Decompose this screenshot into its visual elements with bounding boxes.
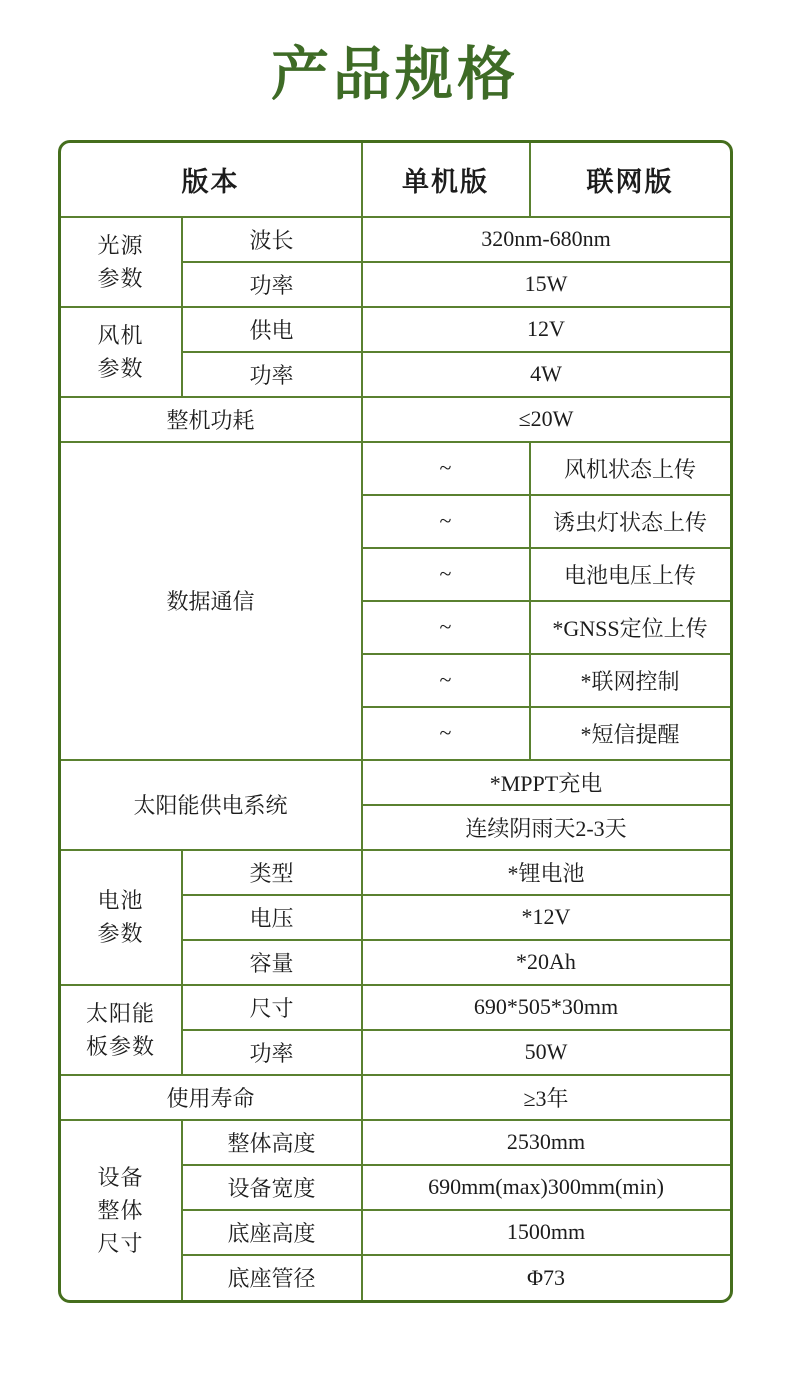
comm-standalone-cell: ~ bbox=[362, 548, 530, 601]
row-solar-mppt: 太阳能供电系统 *MPPT充电 bbox=[61, 760, 730, 805]
comm-networked-cell: 风机状态上传 bbox=[530, 442, 730, 495]
panel-power-label-cell: 功率 bbox=[182, 1030, 362, 1075]
row-panel-size: 太阳能板参数 尺寸 690*505*30mm bbox=[61, 985, 730, 1030]
fan-supply-value-cell: 12V bbox=[362, 307, 730, 352]
comm-standalone-cell: ~ bbox=[362, 601, 530, 654]
overall-height-value-cell: 2530mm bbox=[362, 1120, 730, 1165]
fan-category-cell: 风机参数 bbox=[61, 307, 182, 397]
fan-category-label: 风机参数 bbox=[95, 319, 146, 385]
battery-category-label: 电池参数 bbox=[95, 884, 146, 950]
page-title: 产品规格 bbox=[0, 0, 790, 109]
row-total-power: 整机功耗 ≤20W bbox=[61, 397, 730, 442]
solar-mppt-value-cell: *MPPT充电 bbox=[362, 760, 730, 805]
dimensions-category-cell: 设备整体尺寸 bbox=[61, 1120, 182, 1300]
battery-capacity-value-cell: *20Ah bbox=[362, 940, 730, 985]
row-lifespan: 使用寿命 ≥3年 bbox=[61, 1075, 730, 1120]
battery-capacity-label-cell: 容量 bbox=[182, 940, 362, 985]
comm-networked-cell: 诱虫灯状态上传 bbox=[530, 495, 730, 548]
battery-voltage-value-cell: *12V bbox=[362, 895, 730, 940]
solar-panel-category-cell: 太阳能板参数 bbox=[61, 985, 182, 1075]
battery-voltage-label-cell: 电压 bbox=[182, 895, 362, 940]
comm-networked-cell: *短信提醒 bbox=[530, 707, 730, 760]
row-comm-fan-status: 数据通信 ~ 风机状态上传 bbox=[61, 442, 730, 495]
lifespan-label-cell: 使用寿命 bbox=[61, 1075, 362, 1120]
wavelength-label-cell: 波长 bbox=[182, 217, 362, 262]
comm-standalone-cell: ~ bbox=[362, 654, 530, 707]
wavelength-value-cell: 320nm-680nm bbox=[362, 217, 730, 262]
spec-table: 版本 单机版 联网版 光源参数 波长 320nm-680nm 功率 15W 风机… bbox=[61, 143, 730, 1300]
light-power-label-cell: 功率 bbox=[182, 262, 362, 307]
row-fan-supply: 风机参数 供电 12V bbox=[61, 307, 730, 352]
row-battery-type: 电池参数 类型 *锂电池 bbox=[61, 850, 730, 895]
panel-size-label-cell: 尺寸 bbox=[182, 985, 362, 1030]
battery-type-value-cell: *锂电池 bbox=[362, 850, 730, 895]
solar-panel-category-label: 太阳能板参数 bbox=[83, 997, 158, 1063]
base-height-label-cell: 底座高度 bbox=[182, 1210, 362, 1255]
fan-power-label-cell: 功率 bbox=[182, 352, 362, 397]
comm-networked-cell: 电池电压上传 bbox=[530, 548, 730, 601]
row-overall-height: 设备整体尺寸 整体高度 2530mm bbox=[61, 1120, 730, 1165]
panel-power-value-cell: 50W bbox=[362, 1030, 730, 1075]
row-wavelength: 光源参数 波长 320nm-680nm bbox=[61, 217, 730, 262]
comm-standalone-cell: ~ bbox=[362, 495, 530, 548]
header-networked-cell: 联网版 bbox=[530, 143, 730, 217]
base-diameter-label-cell: 底座管径 bbox=[182, 1255, 362, 1300]
base-diameter-value-cell: Φ73 bbox=[362, 1255, 730, 1300]
battery-category-cell: 电池参数 bbox=[61, 850, 182, 985]
panel-size-value-cell: 690*505*30mm bbox=[362, 985, 730, 1030]
light-source-category-label: 光源参数 bbox=[95, 229, 146, 295]
dimensions-category-label: 设备整体尺寸 bbox=[95, 1161, 146, 1260]
base-height-value-cell: 1500mm bbox=[362, 1210, 730, 1255]
lifespan-value-cell: ≥3年 bbox=[362, 1075, 730, 1120]
spec-table-frame: 版本 单机版 联网版 光源参数 波长 320nm-680nm 功率 15W 风机… bbox=[58, 140, 733, 1303]
light-source-category-cell: 光源参数 bbox=[61, 217, 182, 307]
data-comm-category-cell: 数据通信 bbox=[61, 442, 362, 760]
battery-type-label-cell: 类型 bbox=[182, 850, 362, 895]
light-power-value-cell: 15W bbox=[362, 262, 730, 307]
comm-networked-cell: *联网控制 bbox=[530, 654, 730, 707]
solar-system-category-cell: 太阳能供电系统 bbox=[61, 760, 362, 850]
solar-rainy-value-cell: 连续阴雨天2-3天 bbox=[362, 805, 730, 850]
device-width-label-cell: 设备宽度 bbox=[182, 1165, 362, 1210]
total-power-label-cell: 整机功耗 bbox=[61, 397, 362, 442]
header-row: 版本 单机版 联网版 bbox=[61, 143, 730, 217]
fan-power-value-cell: 4W bbox=[362, 352, 730, 397]
comm-standalone-cell: ~ bbox=[362, 707, 530, 760]
header-standalone-cell: 单机版 bbox=[362, 143, 530, 217]
fan-supply-label-cell: 供电 bbox=[182, 307, 362, 352]
total-power-value-cell: ≤20W bbox=[362, 397, 730, 442]
comm-standalone-cell: ~ bbox=[362, 442, 530, 495]
overall-height-label-cell: 整体高度 bbox=[182, 1120, 362, 1165]
comm-networked-cell: *GNSS定位上传 bbox=[530, 601, 730, 654]
header-version-cell: 版本 bbox=[61, 143, 362, 217]
device-width-value-cell: 690mm(max)300mm(min) bbox=[362, 1165, 730, 1210]
